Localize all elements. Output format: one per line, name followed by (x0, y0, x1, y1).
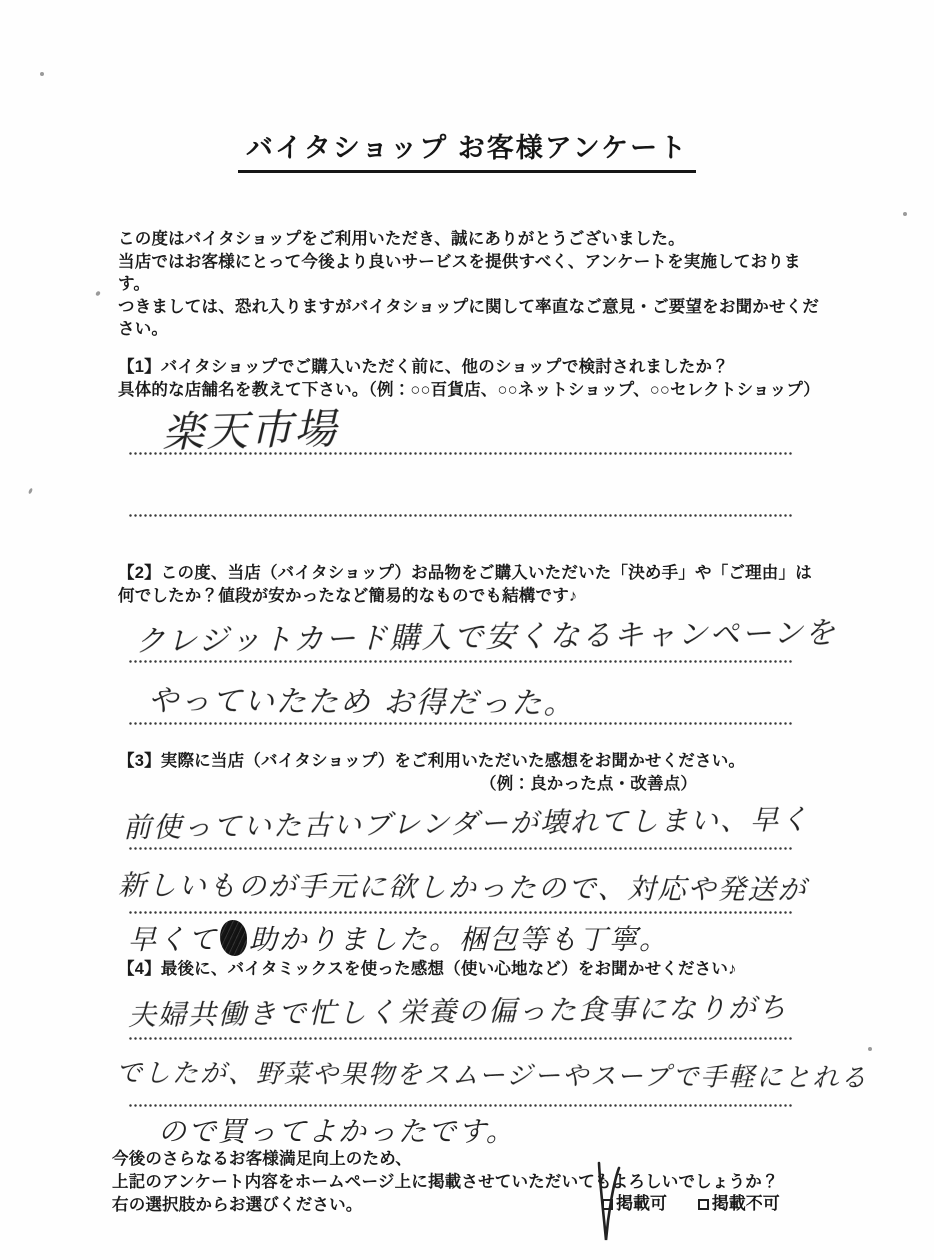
q2-handwritten-answer-1: クレジットカード購入で安くなるキャンペーンを (135, 608, 837, 661)
scan-speck (95, 290, 101, 296)
scanned-survey-page: バイタショップ お客様アンケート この度はバイタショップをご利用いただき、誠にあ… (0, 0, 934, 1260)
q3-handwritten-answer-2: 新しいものが手元に欲しかったので、対応や発送が (118, 864, 808, 909)
q3-answer3-post: 助かりました。梱包等も丁寧。 (249, 923, 669, 956)
answer-line (128, 911, 794, 914)
answer-line (128, 1037, 794, 1040)
question-1-line1: 【1】バイタショップでご購入いただく前に、他のショップで検討されましたか？ (118, 356, 820, 379)
question-3-example: （例：良かった点・改善点） (480, 773, 697, 796)
intro-line: この度はバイタショップをご利用いただき、誠にありがとうございました。 (118, 228, 832, 251)
answer-line (128, 847, 794, 850)
q3-answer3-pre: 早くて (128, 923, 218, 956)
question-2-label: 【2】この度、当店（バイタショップ）お品物をご購入いただいた「決め手」や「ご理由… (118, 562, 812, 608)
question-4-label: 【4】最後に、バイタミックスを使った感想（使い心地など）をお聞かせください♪ (118, 958, 737, 981)
question-3-line1: 【3】実際に当店（バイタショップ）をご利用いただいた感想をお聞かせください。 (118, 750, 745, 773)
intro-line: つきましては、恐れ入りますがバイタショップに関して率直なご意見・ご要望をお聞かせ… (118, 296, 832, 341)
answer-line (128, 514, 794, 517)
q1-handwritten-answer: 楽天市場 (161, 396, 338, 460)
scan-speck (868, 1047, 872, 1051)
scan-speck (40, 72, 44, 76)
question-3-label: 【3】実際に当店（バイタショップ）をご利用いただいた感想をお聞かせください。 (118, 750, 745, 773)
question-1-label: 【1】バイタショップでご購入いただく前に、他のショップで検討されましたか？ 具体… (118, 356, 820, 402)
checkbox-icon (698, 1199, 709, 1210)
scribble-strikeout (220, 920, 247, 956)
consent-options: 掲載可 掲載不可 (602, 1189, 806, 1214)
question-2-line2: 何でしたか？値段が安かったなど簡易的なものでも結構です♪ (118, 585, 812, 608)
option-label: 掲載不可 (712, 1194, 780, 1213)
consent-line: 今後のさらなるお客様満足向上のため、 (112, 1148, 832, 1171)
page-title-row: バイタショップ お客様アンケート (0, 126, 934, 173)
question-2-line1: 【2】この度、当店（バイタショップ）お品物をご購入いただいた「決め手」や「ご理由… (118, 562, 812, 585)
q2-handwritten-answer-2: やっていたため お得だった。 (148, 676, 576, 723)
q4-handwritten-answer-2: でしたが、野菜や果物をスムージーやスープで手軽にとれる (116, 1052, 869, 1094)
answer-line (128, 1104, 794, 1107)
q3-handwritten-answer-3: 早くて助かりました。梱包等も丁寧。 (128, 918, 669, 958)
answer-line (128, 660, 794, 663)
scan-speck (28, 488, 33, 495)
q4-handwritten-answer-1: 夫婦共働きで忙しく栄養の偏った食事になりがち (128, 986, 788, 1034)
answer-line (128, 722, 794, 725)
intro-paragraph: この度はバイタショップをご利用いただき、誠にありがとうございました。 当店ではお… (118, 228, 832, 341)
page-title: バイタショップ お客様アンケート (238, 126, 696, 173)
option-keisai-fuka: 掲載不可 (698, 1189, 780, 1214)
scan-speck (903, 212, 907, 216)
answer-line (128, 452, 794, 455)
q3-handwritten-answer-1: 前使っていた古いブレンダーが壊れてしまい、早く (123, 798, 811, 846)
handwritten-checkmark-icon (591, 1160, 627, 1248)
intro-line: 当店ではお客様にとって今後より良いサービスを提供すべく、アンケートを実施しており… (118, 251, 832, 296)
q4-handwritten-answer-3: ので買ってよかったです。 (158, 1110, 516, 1150)
